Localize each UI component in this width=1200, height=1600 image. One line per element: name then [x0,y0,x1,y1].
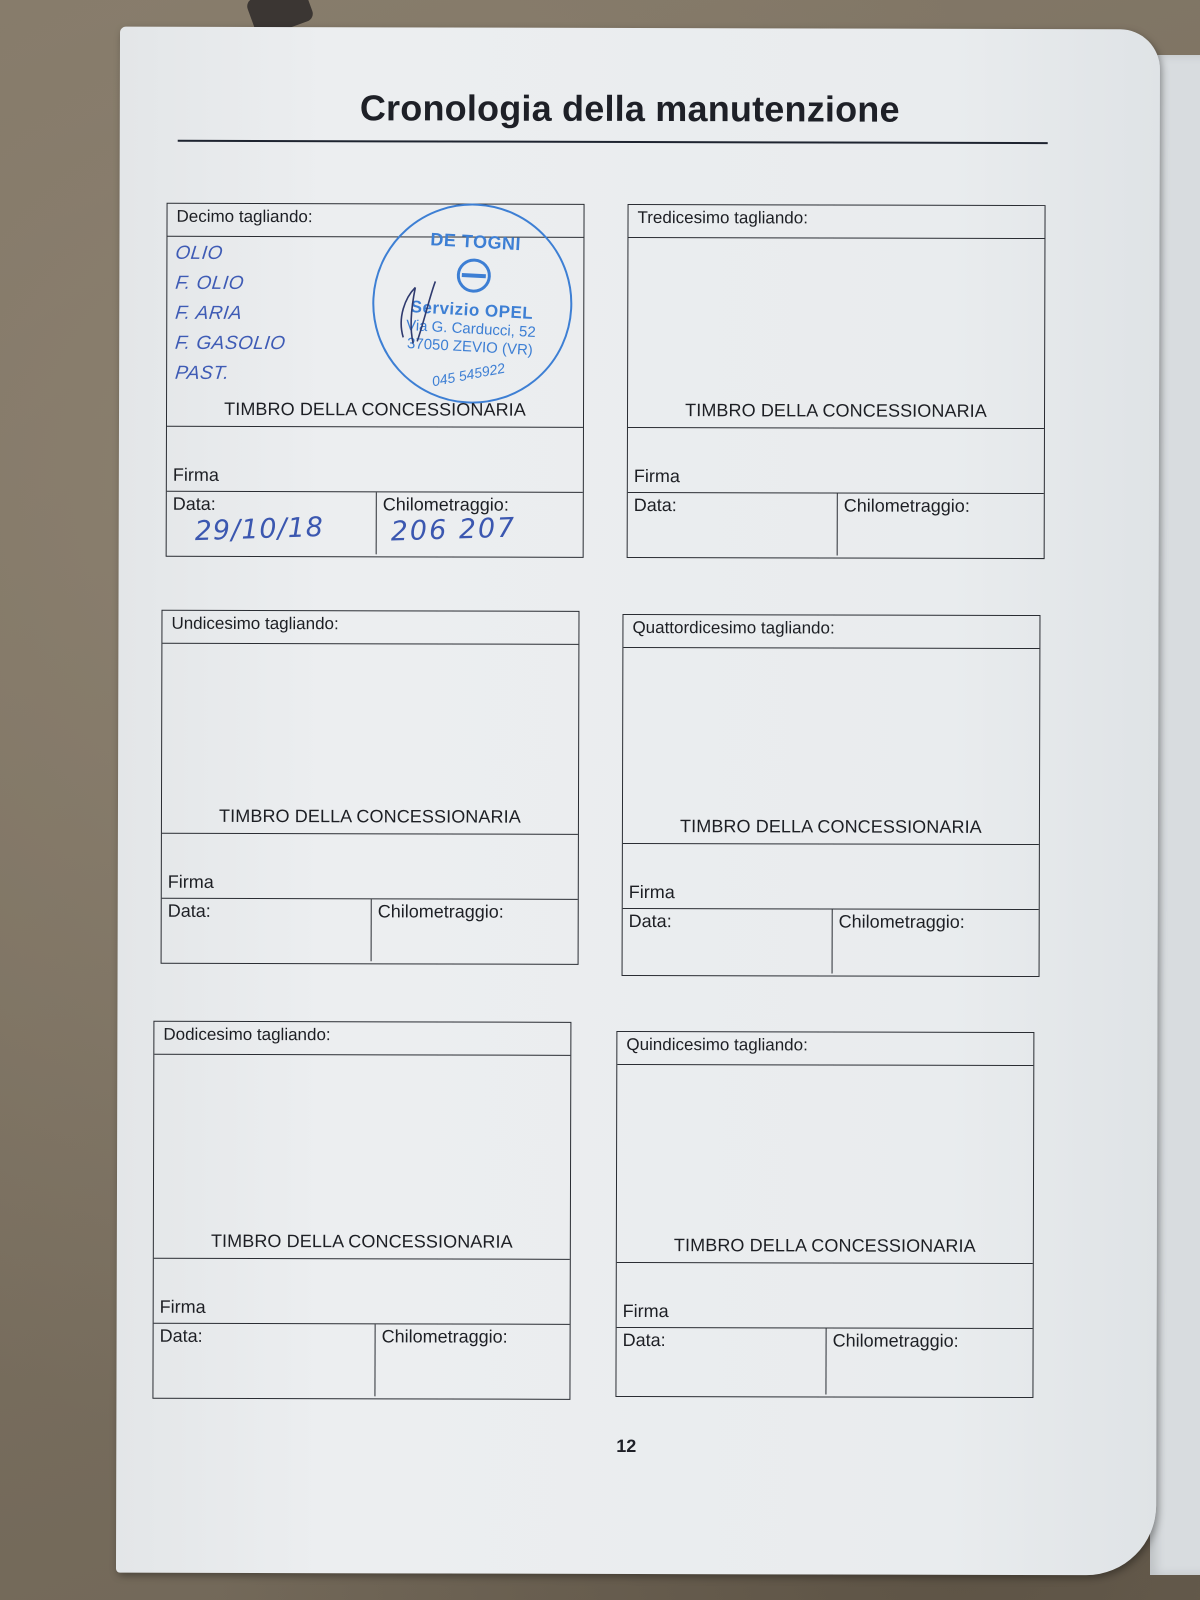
note-line: F. ARIA [174,299,287,329]
note-line: F. OLIO [174,269,287,299]
mileage-label: Chilometraggio: [383,494,509,514]
date-field: Data: [162,899,372,962]
signature-label: Firma [623,1301,669,1322]
mileage-field: Chilometraggio: [838,494,1044,557]
service-entry-11: Undicesimo tagliando: TIMBRO DELLA CONCE… [161,610,580,965]
stamp-label: TIMBRO DELLA CONCESSIONARIA [162,806,578,828]
handwritten-signature [395,277,455,347]
signature-label: Firma [629,882,675,903]
signature-area: Firma [623,844,1039,910]
note-line: PAST. [174,359,287,389]
stamp-label: TIMBRO DELLA CONCESSIONARIA [167,399,583,421]
date-field: Data: 29/10/18 [167,492,377,555]
booklet-page: Cronologia della manutenzione Decimo tag… [116,27,1160,1576]
date-label: Data: [623,1330,666,1350]
mileage-field: Chilometraggio: 206 207 [377,492,583,555]
date-field: Data: [628,493,838,556]
mileage-field: Chilometraggio: [372,899,578,962]
date-label: Data: [629,911,672,931]
note-line: F. GASOLIO [174,329,287,359]
stamp-label: TIMBRO DELLA CONCESSIONARIA [154,1231,570,1253]
note-line: OLIO [174,239,287,269]
signature-area: Firma [628,428,1044,494]
entry-heading: Quattordicesimo tagliando: [623,615,1039,649]
stamp-area: TIMBRO DELLA CONCESSIONARIA [154,1055,571,1260]
entry-heading: Dodicesimo tagliando: [154,1022,570,1056]
mileage-field: Chilometraggio: [833,910,1039,975]
date-field: Data: [616,1328,826,1395]
mileage-label: Chilometraggio: [844,496,970,516]
stamp-area: TIMBRO DELLA CONCESSIONARIA [623,648,1040,845]
entry-heading: Tredicesimo tagliando: [628,205,1044,239]
signature-area: Firma [154,1259,570,1325]
signature-label: Firma [173,465,219,486]
mileage-label: Chilometraggio: [382,1326,508,1346]
date-label: Data: [168,901,211,921]
mileage-value: 206 207 [390,512,517,547]
stamp-area: TIMBRO DELLA CONCESSIONARIA [628,238,1044,429]
date-label: Data: [173,494,216,514]
service-entry-12: Dodicesimo tagliando: TIMBRO DELLA CONCE… [152,1021,571,1400]
service-entry-15: Quindicesimo tagliando: TIMBRO DELLA CON… [615,1031,1034,1398]
stamp-label: TIMBRO DELLA CONCESSIONARIA [617,1235,1033,1257]
handwritten-notes: OLIO F. OLIO F. ARIA F. GASOLIO PAST. [175,239,286,389]
entry-heading: Quindicesimo tagliando: [617,1032,1033,1066]
date-field: Data: [623,909,833,974]
page-number: 12 [576,1436,676,1457]
date-label: Data: [634,495,677,515]
signature-label: Firma [634,466,680,487]
stamp-label: TIMBRO DELLA CONCESSIONARIA [628,400,1044,422]
signature-label: Firma [160,1297,206,1318]
mileage-label: Chilometraggio: [833,1331,959,1351]
entry-heading: Undicesimo tagliando: [162,611,578,645]
stamp-area: TIMBRO DELLA CONCESSIONARIA [162,644,578,835]
stamp-label: TIMBRO DELLA CONCESSIONARIA [623,816,1039,838]
mileage-field: Chilometraggio: [375,1324,569,1397]
signature-area: Firma [617,1263,1033,1329]
page-title: Cronologia della manutenzione [320,87,940,131]
service-entry-13: Tredicesimo tagliando: TIMBRO DELLA CONC… [627,204,1046,559]
service-entry-10: Decimo tagliando: OLIO F. OLIO F. ARIA F… [166,203,585,558]
date-value: 29/10/18 [194,512,324,547]
signature-label: Firma [168,872,214,893]
service-entry-14: Quattordicesimo tagliando: TIMBRO DELLA … [622,614,1041,977]
date-label: Data: [160,1326,203,1346]
signature-area: Firma [167,427,583,493]
mileage-label: Chilometraggio: [378,901,504,921]
mileage-label: Chilometraggio: [839,912,965,932]
mileage-field: Chilometraggio: [826,1328,1032,1395]
title-divider [178,140,1048,144]
stamp-area: OLIO F. OLIO F. ARIA F. GASOLIO PAST. DE… [167,237,583,428]
opel-logo-icon [456,258,492,294]
signature-area: Firma [162,834,578,900]
date-field: Data: [153,1324,375,1397]
stamp-area: TIMBRO DELLA CONCESSIONARIA [617,1065,1034,1264]
